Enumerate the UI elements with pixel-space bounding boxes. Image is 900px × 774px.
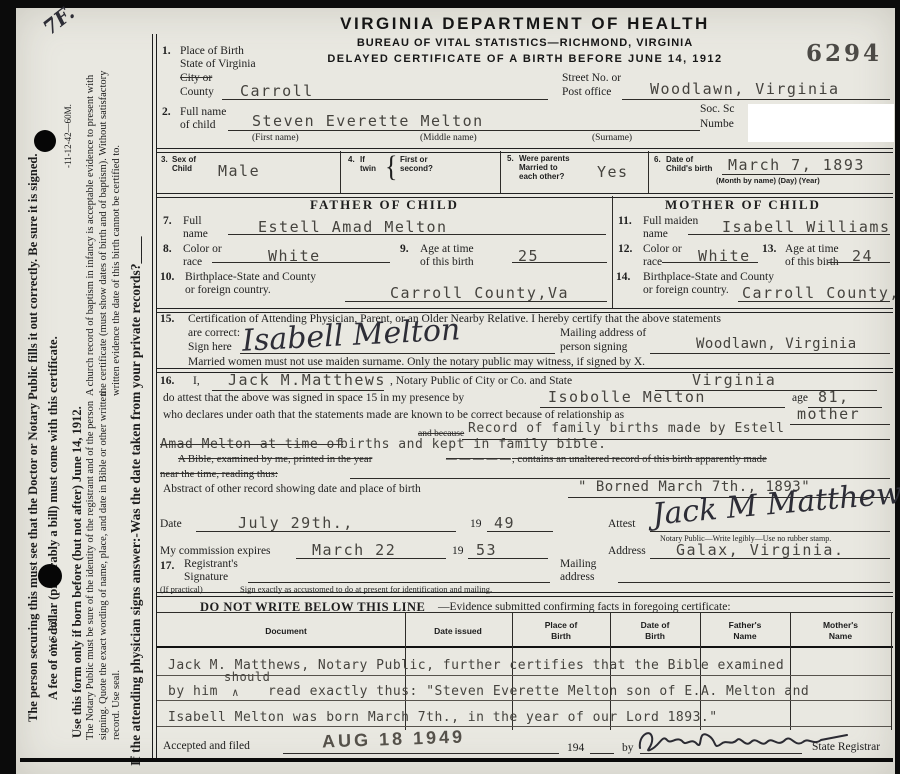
field3-number: 3. bbox=[161, 155, 168, 164]
field14-birthplace-value: Carroll County,Va bbox=[742, 284, 900, 302]
field16-notary-line bbox=[212, 390, 384, 391]
field15-signhere-label: Sign here bbox=[188, 341, 232, 354]
field16-typed-record2a: Amad Melton at time of bbox=[160, 437, 343, 452]
field7-label: Full name bbox=[183, 215, 208, 241]
father-mother-divider bbox=[612, 196, 613, 308]
field16-address-value: Galax, Virginia. bbox=[676, 541, 845, 559]
field2-sub-first: (First name) bbox=[252, 133, 299, 144]
field16-commission-label: My commission expires bbox=[160, 545, 271, 558]
field16-date-year: 49 bbox=[494, 514, 515, 532]
evidence-rule2 bbox=[157, 700, 891, 701]
table-header-place-of-birth: Place of Birth bbox=[515, 620, 607, 642]
margin-note-person-securing: The person securing this must see that t… bbox=[26, 72, 42, 722]
field17-mailing-label1: Mailing bbox=[560, 558, 596, 571]
field15-mailing-value: Woodlawn, Virginia bbox=[696, 336, 857, 352]
field2-label-socsec: Soc. Sc bbox=[700, 103, 735, 116]
field16-abstract-label: Abstract of other record showing date an… bbox=[163, 483, 421, 496]
field8-number: 8. bbox=[163, 243, 172, 256]
field2-number: 2. bbox=[162, 106, 171, 119]
field1-label-state: State of Virginia bbox=[180, 58, 256, 71]
field16-typed-record2b: births and kept in family bible. bbox=[340, 437, 606, 452]
field1-label-city: City or bbox=[180, 72, 212, 85]
mother-section-header: MOTHER OF CHILD bbox=[665, 198, 821, 213]
field12-number: 12. bbox=[618, 243, 632, 256]
field4-options: First or second? bbox=[400, 155, 433, 173]
field7-line bbox=[228, 234, 606, 235]
field17-label2: Signature bbox=[184, 571, 228, 584]
field15-mailing-line bbox=[650, 353, 890, 354]
table-right-border bbox=[891, 612, 892, 730]
field16-date-line bbox=[196, 531, 456, 532]
field1-county-line bbox=[222, 99, 548, 100]
field16-bible-line2: , contains an unaltered record of this b… bbox=[512, 453, 767, 465]
field5-married-value: Yes bbox=[597, 163, 629, 181]
field10-number: 10. bbox=[160, 271, 174, 284]
page-title: VIRGINIA DEPARTMENT OF HEALTH bbox=[157, 14, 893, 34]
field6-line bbox=[722, 174, 890, 175]
row3-divider-3 bbox=[648, 151, 649, 193]
field17-signature-line bbox=[248, 582, 550, 583]
rule-under-17 bbox=[157, 592, 893, 597]
field14-number: 14. bbox=[616, 271, 630, 284]
field16-state-value: Virginia bbox=[692, 371, 776, 389]
evidence-line2-post: read exactly thus: "Steven Everette Melt… bbox=[268, 684, 809, 699]
field11-line bbox=[688, 234, 890, 235]
field14-label1: Birthplace-State and County bbox=[643, 271, 774, 284]
field11-number: 11. bbox=[618, 215, 632, 228]
field6-label: Date of Child's birth bbox=[666, 155, 712, 173]
field4-label: If twin bbox=[360, 155, 376, 173]
bottom-heavy-rule bbox=[20, 758, 893, 762]
redaction-box bbox=[748, 104, 894, 142]
field17-mailing-label2: address bbox=[560, 571, 595, 584]
field14-line bbox=[738, 301, 890, 302]
field16-presence-line bbox=[540, 407, 785, 408]
field2-label-fullname: Full name bbox=[180, 106, 226, 119]
field16-attest-line bbox=[650, 531, 890, 532]
scanned-certificate: The person securing this must see that t… bbox=[0, 0, 900, 774]
field1-label-county: County bbox=[180, 86, 214, 99]
field10-label1: Birthplace-State and County bbox=[185, 271, 316, 284]
field16-age-label: age bbox=[792, 392, 808, 405]
field3-sex-value: Male bbox=[218, 162, 260, 180]
table-header-date-of-birth: Date of Birth bbox=[613, 620, 697, 642]
evidence-line2-pre: by him bbox=[168, 684, 218, 699]
field16-19-label-b: 19 bbox=[452, 545, 464, 558]
table-header-underline bbox=[157, 646, 893, 648]
field5-label: Were parents Married to each other? bbox=[519, 154, 570, 182]
field16-address-label: Address bbox=[608, 545, 646, 558]
accepted-filed-label: Accepted and filed bbox=[163, 740, 250, 753]
field2-sub-middle: (Middle name) bbox=[420, 133, 477, 144]
field16-i-label: I, bbox=[193, 375, 200, 388]
table-header-document: Document bbox=[170, 626, 402, 637]
field5-number: 5. bbox=[507, 154, 514, 163]
field9-line bbox=[512, 262, 607, 263]
field1-number: 1. bbox=[162, 45, 171, 58]
field16-address-line bbox=[650, 558, 890, 559]
field3-label: Sex of Child bbox=[172, 155, 196, 173]
field16-attest-label: Attest bbox=[608, 518, 635, 531]
form-left-border bbox=[152, 34, 157, 758]
field17-mailing-line bbox=[618, 582, 890, 583]
field15-mailing-label1: Mailing address of bbox=[560, 327, 646, 340]
field16-year-line bbox=[487, 531, 553, 532]
by-label: by bbox=[622, 742, 634, 755]
table-col-divider-5 bbox=[790, 612, 791, 730]
field6-sub: (Month by name) (Day) (Year) bbox=[716, 177, 820, 186]
table-header-mothers-name: Mother's Name bbox=[793, 620, 888, 642]
row3-divider-2 bbox=[500, 151, 501, 193]
field16-notary-name: Jack M.Matthews bbox=[228, 371, 386, 389]
hole-punch-bottom bbox=[38, 564, 62, 588]
field16-age-value: 81, bbox=[818, 388, 850, 406]
field13-line bbox=[828, 262, 890, 263]
evidence-inserted-word: should bbox=[224, 670, 270, 684]
field2-label-number: Numbe bbox=[700, 118, 734, 131]
field6-birthdate-value: March 7, 1893 bbox=[728, 156, 865, 174]
field1-label-postoffice: Post office bbox=[562, 86, 611, 99]
field10-line bbox=[345, 301, 607, 302]
field16-line1: , Notary Public of City or Co. and State bbox=[390, 375, 572, 388]
field16-relationship-line bbox=[790, 424, 890, 425]
field16-bible-dashes: — — — — — bbox=[446, 453, 511, 465]
field11-label: Full maiden name bbox=[643, 215, 698, 241]
field9-number: 9. bbox=[400, 243, 409, 256]
bureau-subtitle: BUREAU OF VITAL STATISTICS—RICHMOND, VIR… bbox=[157, 37, 893, 49]
field6-number: 6. bbox=[654, 155, 661, 164]
field16-bible-line3: near the time, reading thus: bbox=[160, 468, 278, 480]
field2-name-line bbox=[228, 130, 700, 131]
form-code-vs82: V. S. 82 bbox=[48, 592, 61, 652]
field16-line2: do attest that the above was signed in s… bbox=[163, 392, 464, 405]
field7-number: 7. bbox=[163, 215, 172, 228]
field1-postoffice-line bbox=[622, 99, 890, 100]
field17-label1: Registrant's bbox=[184, 558, 238, 571]
table-header-date-issued: Date issued bbox=[408, 626, 508, 637]
field12-label: Color or race bbox=[643, 243, 682, 269]
field9-label: Age at time of this birth bbox=[420, 243, 474, 269]
field4-brace: { bbox=[385, 150, 397, 185]
form-title: DELAYED CERTIFICATE OF A BIRTH BEFORE JU… bbox=[157, 53, 893, 65]
field16-commission-value: March 22 bbox=[312, 541, 396, 559]
field15-number: 15. bbox=[160, 313, 174, 326]
rule-under-field2 bbox=[157, 148, 893, 153]
field2-childname-value: Steven Everette Melton bbox=[252, 112, 484, 130]
field12-line bbox=[662, 262, 758, 263]
field16-date-value: July 29th., bbox=[238, 514, 354, 532]
year-line bbox=[590, 753, 614, 754]
field15-correct-label: are correct: bbox=[188, 327, 240, 340]
field1-postoffice-value: Woodlawn, Virginia bbox=[650, 80, 840, 98]
table-header-fathers-name: Father's Name bbox=[703, 620, 787, 642]
field16-date-label: Date bbox=[160, 518, 182, 531]
hole-punch-top bbox=[34, 130, 56, 152]
table-top-rule bbox=[157, 612, 893, 613]
field16-19-label-a: 19 bbox=[470, 518, 482, 531]
margin-question-physician: If the attending physician signs answer:… bbox=[128, 26, 145, 766]
field10-label2: or foreign country. bbox=[185, 284, 271, 297]
field15-mailing-label2: person signing bbox=[560, 341, 627, 354]
evidence-caret: ∧ bbox=[232, 686, 239, 699]
field16-presence-name: Isobolle Melton bbox=[548, 388, 706, 406]
field16-commission-line bbox=[296, 558, 446, 559]
field15-sign-line bbox=[240, 353, 555, 354]
field4-number: 4. bbox=[348, 155, 355, 164]
field1-label-street: Street No. or bbox=[562, 72, 621, 85]
field1-county-value: Carroll bbox=[240, 82, 314, 100]
field16-commission-year: 53 bbox=[476, 541, 497, 559]
year-194-label: 194 bbox=[567, 742, 584, 755]
field10-birthplace-value: Carroll County,Va bbox=[390, 284, 569, 302]
field2-sub-surname: (Surname) bbox=[592, 133, 632, 144]
field13-label: Age at time of this birth bbox=[785, 243, 839, 269]
row3-divider-1 bbox=[340, 151, 341, 193]
field16-typed-record1: Record of family births made by Estell bbox=[468, 421, 784, 436]
father-section-header: FATHER OF CHILD bbox=[310, 198, 459, 213]
field1-label-place: Place of Birth bbox=[180, 45, 244, 58]
field17-number: 17. bbox=[160, 560, 174, 573]
field14-label2: or foreign country. bbox=[643, 284, 729, 297]
field16-bible-line1: A Bible, examined by me, printed in the … bbox=[178, 453, 372, 465]
field8-line bbox=[212, 262, 390, 263]
field16-number: 16. bbox=[160, 375, 174, 388]
field13-number: 13. bbox=[762, 243, 776, 256]
accepted-line bbox=[283, 753, 559, 754]
field16-commission-year-line bbox=[468, 558, 548, 559]
field2-label-ofchild: of child bbox=[180, 119, 215, 132]
certificate-number-stamp: 6294 bbox=[806, 40, 882, 67]
field16-relationship-value: mother bbox=[797, 405, 860, 423]
field8-label: Color or race bbox=[183, 243, 222, 269]
state-registrar-label: State Registrar bbox=[812, 741, 880, 754]
